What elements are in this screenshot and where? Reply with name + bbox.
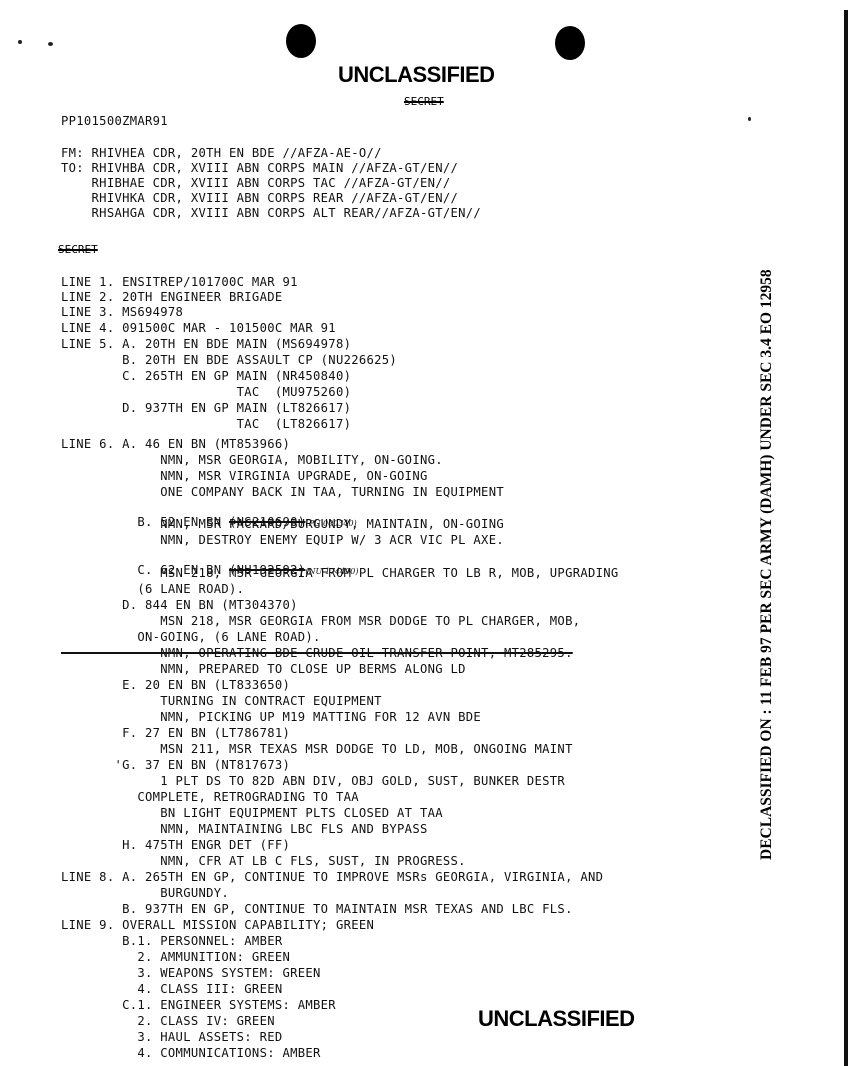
report-line-1: LINE 1. ENSITREP/101700C MAR 91: [61, 275, 298, 289]
declassification-stamp: DECLASSIFIED ON : 11 FEB 97 PER SEC ARMY…: [758, 269, 776, 860]
report-line-2: LINE 2. 20TH ENGINEER BRIGADE: [61, 290, 283, 304]
report-line-5: LINE 5. A. 20TH EN BDE MAIN (MS694978): [61, 337, 351, 351]
report-line-6h: H. 475TH ENGR DET (FF): [61, 838, 290, 852]
report-line-6g: BN LIGHT EQUIPMENT PLTS CLOSED AT TAA: [61, 806, 443, 820]
classification-stamp-bottom: UNCLASSIFIED: [478, 1006, 635, 1032]
struck-secret-marking-top: SECRET: [404, 95, 444, 108]
to-line: RHIBHAE CDR, XVIII ABN CORPS TAC //AFZA-…: [61, 176, 451, 190]
to-line: RHSAHGA CDR, XVIII ABN CORPS ALT REAR//A…: [61, 206, 481, 220]
scan-speck: [18, 40, 22, 44]
report-line-9: 3. HAUL ASSETS: RED: [61, 1030, 283, 1044]
to-line: RHIVHKA CDR, XVIII ABN CORPS REAR //AFZA…: [61, 191, 458, 205]
report-line-9: LINE 9. OVERALL MISSION CAPABILITY; GREE…: [61, 918, 374, 932]
report-line-6g: 1 PLT DS TO 82D ABN DIV, OBJ GOLD, SUST,…: [61, 774, 565, 788]
report-line-6d: D. 844 EN BN (MT304370): [61, 598, 298, 612]
report-line-9: 2. AMMUNITION: GREEN: [61, 950, 290, 964]
report-line-6a: NMN, MSR GEORGIA, MOBILITY, ON-GOING.: [61, 453, 443, 467]
report-line-5: TAC (LT826617): [61, 417, 351, 431]
report-line-6e: NMN, PICKING UP M19 MATTING FOR 12 AVN B…: [61, 710, 481, 724]
report-line-9: 4. CLASS III: GREEN: [61, 982, 283, 996]
report-line-9: C.1. ENGINEER SYSTEMS: AMBER: [61, 998, 336, 1012]
punch-hole-right: [555, 26, 585, 60]
report-line-6h: NMN, CFR AT LB C FLS, SUST, IN PROGRESS.: [61, 854, 466, 868]
report-line-5: TAC (MU975260): [61, 385, 351, 399]
report-line-6d-struck: NMN, OPERATING BDE CRUDE OIL TRANSFER PO…: [61, 646, 573, 660]
to-line: TO: RHIVHBA CDR, XVIII ABN CORPS MAIN //…: [61, 161, 458, 175]
report-line-6d: MSN 218, MSR GEORGIA FROM MSR DODGE TO P…: [61, 614, 580, 628]
report-line-4: LINE 4. 091500C MAR - 101500C MAR 91: [61, 321, 336, 335]
classification-stamp-top: UNCLASSIFIED: [338, 62, 495, 88]
struck-secret-marking-body: SECRET: [58, 243, 98, 256]
report-line-6f: F. 27 EN BN (LT786781): [61, 726, 290, 740]
report-line-6a: ONE COMPANY BACK IN TAA, TURNING IN EQUI…: [61, 485, 504, 499]
report-line-6g: NMN, MAINTAINING LBC FLS AND BYPASS: [61, 822, 428, 836]
report-line-8: BURGUNDY.: [61, 886, 229, 900]
report-line-6a: NMN, MSR VIRGINIA UPGRADE, ON-GOING: [61, 469, 428, 483]
report-line-8: B. 937TH EN GP, CONTINUE TO MAINTAIN MSR…: [61, 902, 573, 916]
report-line-6c: MSN 218, MSR GEORGIA FROM PL CHARGER TO …: [61, 566, 619, 580]
scan-speck: [748, 117, 751, 121]
punch-hole-left: [286, 24, 316, 58]
from-line: FM: RHIVHEA CDR, 20TH EN BDE //AFZA-AE-O…: [61, 146, 382, 160]
report-line-5: D. 937TH EN GP MAIN (LT826617): [61, 401, 351, 415]
scan-speck: [48, 42, 53, 46]
report-line-9: 2. CLASS IV: GREEN: [61, 1014, 275, 1028]
report-line-6c: (6 LANE ROAD).: [61, 582, 244, 596]
report-line-6d: NMN, PREPARED TO CLOSE UP BERMS ALONG LD: [61, 662, 466, 676]
report-line-6g: 'G. 37 EN BN (NT817673): [61, 758, 290, 772]
report-line-6d: ON-GOING, (6 LANE ROAD).: [61, 630, 321, 644]
report-line-9: B.1. PERSONNEL: AMBER: [61, 934, 283, 948]
report-line-6a: LINE 6. A. 46 EN BN (MT853966): [61, 437, 290, 451]
report-line-6f: MSN 211, MSR TEXAS MSR DODGE TO LD, MOB,…: [61, 742, 573, 756]
report-line-6b: NMN, DESTROY ENEMY EQUIP W/ 3 ACR VIC PL…: [61, 533, 504, 547]
report-line-9: 3. WEAPONS SYSTEM: GREEN: [61, 966, 321, 980]
page-edge-bar: [844, 10, 848, 1066]
report-line-5: C. 265TH EN GP MAIN (NR450840): [61, 369, 351, 383]
report-line-6g: COMPLETE, RETROGRADING TO TAA: [61, 790, 359, 804]
report-line-9: 4. COMMUNICATIONS: AMBER: [61, 1046, 321, 1060]
report-line-6e: E. 20 EN BN (LT833650): [61, 678, 290, 692]
report-line-6b: NMN, MSR PACKARD/BURGUNDY, MAINTAIN, ON-…: [61, 517, 504, 531]
report-line-5: B. 20TH EN BDE ASSAULT CP (NU226625): [61, 353, 397, 367]
report-line-8: LINE 8. A. 265TH EN GP, CONTINUE TO IMPR…: [61, 870, 603, 884]
report-line-3: LINE 3. MS694978: [61, 305, 183, 319]
report-line-6e: TURNING IN CONTRACT EQUIPMENT: [61, 694, 382, 708]
message-dtg: PP101500ZMAR91: [61, 114, 168, 128]
